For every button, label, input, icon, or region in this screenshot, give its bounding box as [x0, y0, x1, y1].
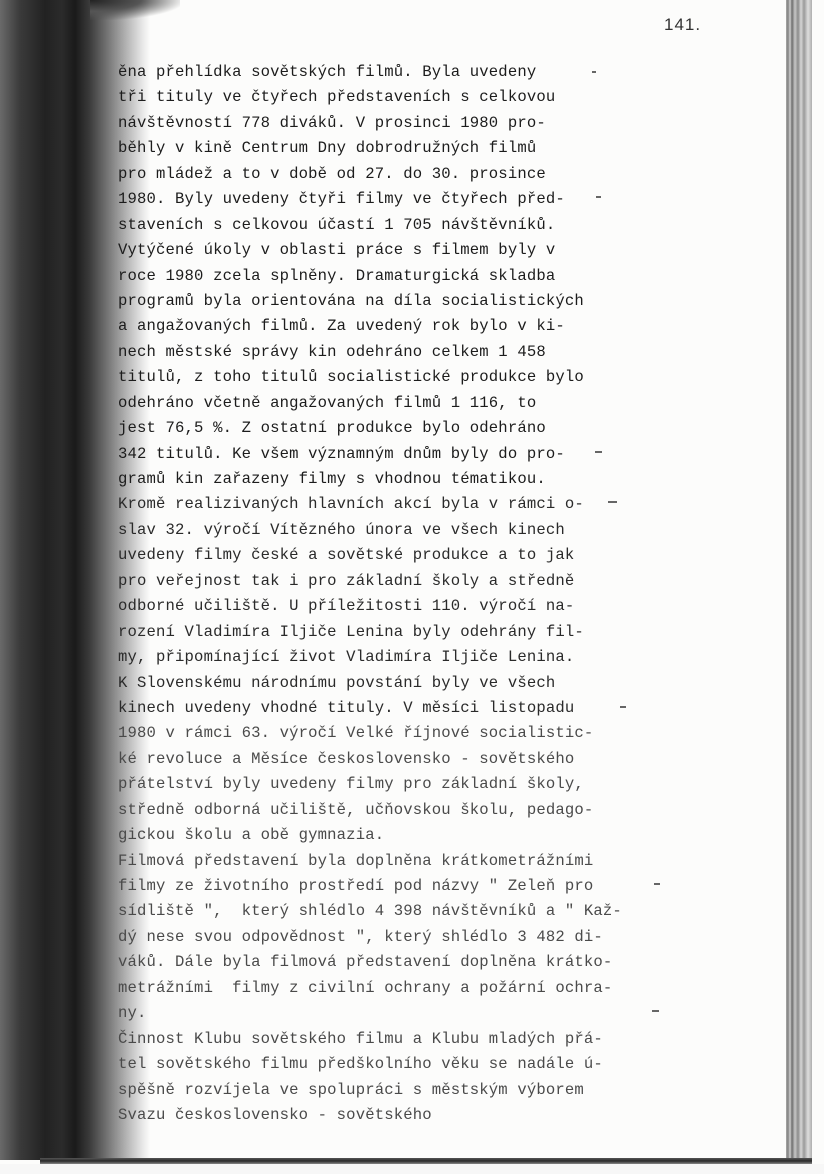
text-line: sídliště ", který shlédlo 4 398 návštěvn…	[118, 899, 678, 924]
text-line: Svazu československo - sovětského	[118, 1103, 678, 1128]
margin-mark	[654, 883, 660, 885]
text-line: slav 32. výročí Vítězného února ve všech…	[118, 518, 678, 543]
text-line: pro veřejnost tak i pro základní školy a…	[118, 569, 678, 594]
text-line: staveních s celkovou účastí 1 705 návště…	[118, 213, 678, 238]
scanned-page: 141. ěna přehlídka sovětských filmů. Byl…	[0, 0, 824, 1174]
text-line: dý nese svou odpovědnost ", který shlédl…	[118, 925, 678, 950]
text-line: uvedeny filmy české a sovětské produkce …	[118, 543, 678, 568]
text-line: filmy ze životního prostředí pod názvy "…	[118, 874, 678, 899]
text-line: gickou školu a obě gymnazia.	[118, 823, 678, 848]
text-line: roce 1980 zcela splněny. Dramaturgická s…	[118, 264, 678, 289]
margin-mark	[608, 501, 617, 503]
text-line: K Slovenskému národnímu povstání byly ve…	[118, 671, 678, 696]
margin-mark	[592, 71, 596, 73]
text-line: středně odborná učiliště, učňovskou škol…	[118, 798, 678, 823]
text-line: 342 titulů. Ke všem významným dnům byly …	[118, 442, 678, 467]
text-line: my, připomínající život Vladimíra Iljiče…	[118, 645, 678, 670]
text-line: metrážními filmy z civilní ochrany a pož…	[118, 976, 678, 1001]
text-line: pro mládež a to v době od 27. do 30. pro…	[118, 162, 678, 187]
text-line: ny.	[118, 1001, 678, 1026]
text-line: návštěvností 778 diváků. V prosinci 1980…	[118, 111, 678, 136]
margin-mark	[595, 451, 602, 453]
text-line: Činnost Klubu sovětského filmu a Klubu m…	[118, 1027, 678, 1052]
typewritten-body: ěna přehlídka sovětských filmů. Byla uve…	[118, 60, 678, 1128]
text-line: odehráno včetně angažovaných filmů 1 116…	[118, 391, 678, 416]
text-line: jest 76,5 %. Z ostatní produkce bylo ode…	[118, 416, 678, 441]
text-line: Filmová představení byla doplněna krátko…	[118, 849, 678, 874]
margin-mark	[620, 706, 626, 708]
text-line: tři tituly ve čtyřech představeních s ce…	[118, 85, 678, 110]
text-line: spěšně rozvíjela ve spolupráci s městský…	[118, 1078, 678, 1103]
spine-top-shadow	[90, 0, 180, 20]
page-edge-stack	[786, 0, 812, 1160]
text-line: odborné učiliště. U příležitosti 110. vý…	[118, 594, 678, 619]
text-line: váků. Dále byla filmová představení dopl…	[118, 950, 678, 975]
text-line: 1980. Byly uvedeny čtyři filmy ve čtyřec…	[118, 187, 678, 212]
text-line: Kromě realizivaných hlavních akcí byla v…	[118, 492, 678, 517]
scan-background	[0, 1164, 824, 1174]
text-line: titulů, z toho titulů socialistické prod…	[118, 365, 678, 390]
page-number: 141.	[664, 15, 701, 35]
text-line: ké revoluce a Měsíce československo - so…	[118, 747, 678, 772]
text-line: Vytýčené úkoly v oblasti práce s filmem …	[118, 238, 678, 263]
text-line: nech městské správy kin odehráno celkem …	[118, 340, 678, 365]
text-line: programů byla orientována na díla social…	[118, 289, 678, 314]
text-line: rození Vladimíra Iljiče Lenina byly odeh…	[118, 620, 678, 645]
text-line: a angažovaných filmů. Za uvedený rok byl…	[118, 314, 678, 339]
text-line: běhly v kině Centrum Dny dobrodružných f…	[118, 136, 678, 161]
margin-mark	[652, 1010, 659, 1012]
text-line: tel sovětského filmu předškolního věku s…	[118, 1052, 678, 1077]
text-line: kinech uvedeny vhodné tituly. V měsíci l…	[118, 696, 678, 721]
text-line: přátelství byly uvedeny filmy pro základ…	[118, 772, 678, 797]
text-line: gramů kin zařazeny filmy s vhodnou témat…	[118, 467, 678, 492]
margin-mark	[596, 196, 601, 198]
text-line: 1980 v rámci 63. výročí Velké říjnové so…	[118, 721, 678, 746]
